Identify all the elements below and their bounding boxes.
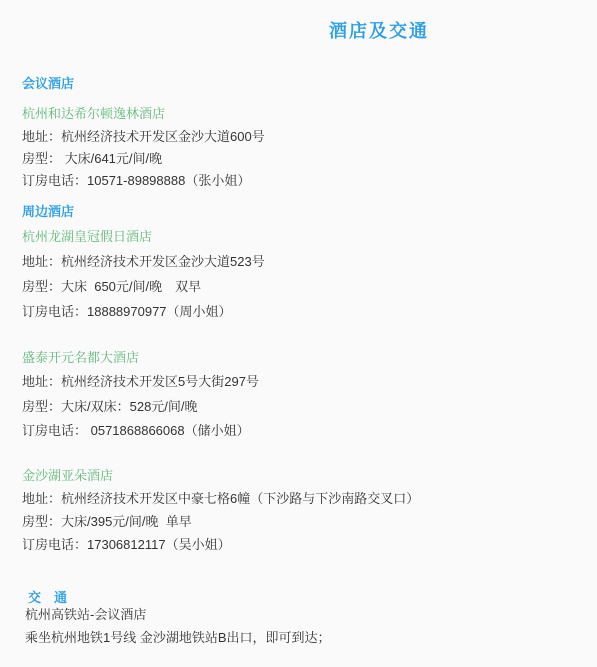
hotel-room-type: 房型：大床 650元/间/晚 双早 — [22, 279, 587, 294]
page-title: 酒店及交通 — [329, 17, 429, 43]
hotel-name-crowne-plaza: 杭州龙湖皇冠假日酒店 — [22, 229, 587, 244]
hotel-booking-phone: 订房电话： 0571868866068（储小姐） — [22, 423, 587, 438]
transport-route-title: 杭州高铁站-会议酒店 — [25, 607, 587, 622]
hotel-name-new-century: 盛泰开元名都大酒店 — [22, 350, 587, 365]
hotel-booking-phone: 订房电话：17306812117（吴小姐） — [22, 537, 587, 552]
hotel-address: 地址：杭州经济技术开发区金沙大道600号 — [22, 129, 587, 144]
hotel-address: 地址：杭州经济技术开发区5号大街297号 — [22, 374, 587, 389]
hotel-booking-phone: 订房电话：18888970977（周小姐） — [22, 304, 587, 319]
section-header-transport: 交 通 — [28, 590, 587, 605]
hotel-address: 地址：杭州经济技术开发区金沙大道523号 — [22, 254, 587, 269]
hotel-booking-phone: 订房电话：10571-89898888（张小姐） — [22, 173, 587, 188]
section-header-nearby-hotels: 周边酒店 — [22, 204, 587, 219]
section-header-conference-hotel: 会议酒店 — [22, 76, 587, 91]
hotel-room-type: 房型：大床/双床：528元/间/晚 — [22, 399, 587, 414]
hotel-name-atour: 金沙湖亚朵酒店 — [22, 468, 587, 483]
hotel-address: 地址：杭州经济技术开发区中豪七格6幢（下沙路与下沙南路交叉口） — [22, 491, 587, 506]
hotel-room-type: 房型：大床/395元/间/晚 单早 — [22, 514, 587, 529]
transport-route-detail: 乘坐杭州地铁1号线 金沙湖地铁站B出口，即可到达； — [25, 630, 587, 645]
hotel-room-type: 房型： 大床/641元/间/晚 — [22, 151, 587, 166]
hotel-transport-content: 会议酒店 杭州和达希尔顿逸林酒店 地址：杭州经济技术开发区金沙大道600号 房型… — [22, 76, 587, 645]
hotel-name-hilton: 杭州和达希尔顿逸林酒店 — [22, 106, 587, 121]
